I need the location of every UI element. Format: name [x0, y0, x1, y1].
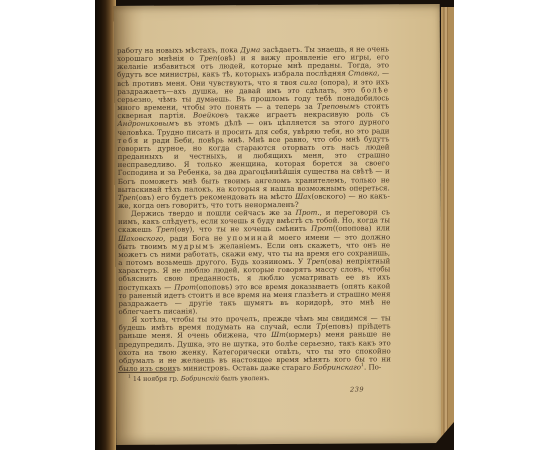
book-photo: работу на новыхъ мѣстахъ, пока Дума засѣ…	[95, 0, 454, 450]
book-page: работу на новыхъ мѣстахъ, пока Дума засѣ…	[114, 4, 443, 445]
paragraph: Я хотѣла, чтобы ты это прочелъ, прежде ч…	[119, 314, 391, 373]
body-text: . По-	[364, 362, 381, 371]
paragraph: работу на новыхъ мѣстахъ, пока Дума засѣ…	[117, 45, 390, 210]
fore-edge-page-edges	[441, 7, 454, 450]
italic-text: Бобринскій	[181, 374, 219, 382]
text-block: работу на новыхъ мѣстахъ, пока Дума засѣ…	[117, 45, 391, 373]
italic-text: Бобринскаго	[313, 363, 361, 372]
body-text: и ради Беби, повѣрь мнѣ. Мнѣ все равно, …	[118, 134, 390, 194]
body-text: былъ уволенъ.	[219, 374, 270, 382]
footnote: 1 14 ноября гр. Бобринскій былъ уволенъ.	[118, 374, 390, 383]
paragraph: Держись твердо и пошли сейчасъ же за Про…	[118, 208, 391, 316]
gutter-page-edges	[95, 0, 116, 450]
body-text: 14 ноября гр.	[131, 375, 181, 383]
page-number: 239	[350, 385, 364, 393]
